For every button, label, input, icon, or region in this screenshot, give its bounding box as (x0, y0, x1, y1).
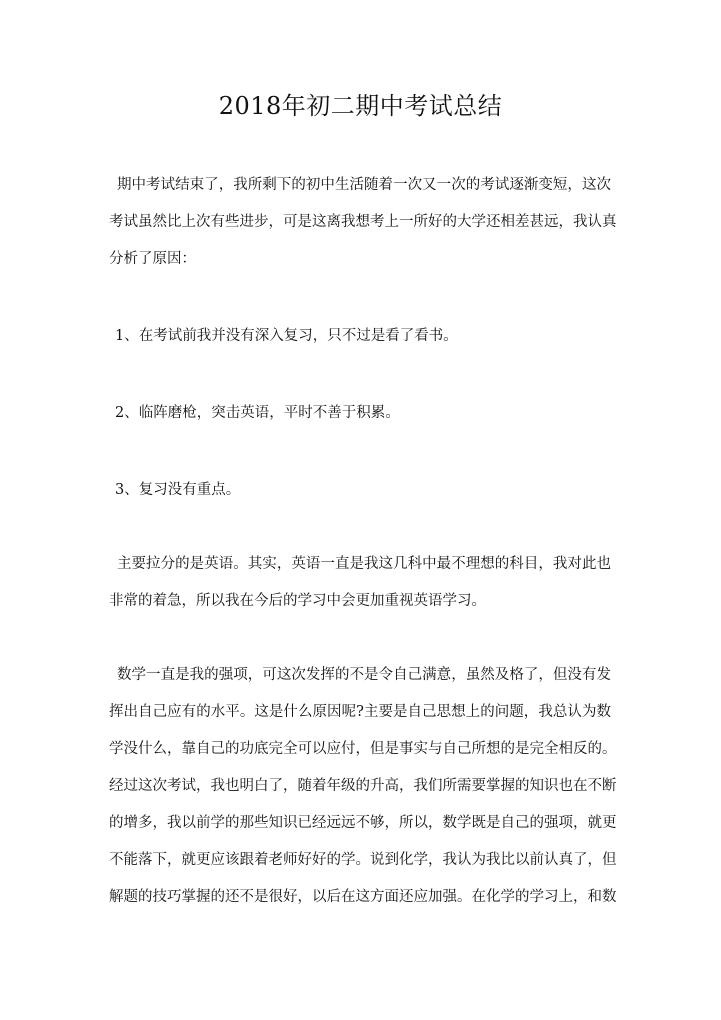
paragraph-reason-2: 2、临阵磨枪，突击英语，平时不善于积累。 (109, 400, 611, 437)
paragraph-english: 主要拉分的是英语。其实，英语一直是我这几科中最不理想的科目，我对此也 非常的着急… (109, 551, 611, 625)
text-line: 解题的技巧掌握的还不是很好，以后在这方面还应加强。在化学的学习上，和数 (109, 884, 611, 921)
document-title: 2018年初二期中考试总结 (0, 90, 721, 122)
text-line: 经过这次考试，我也明白了，随着年级的升高，我们所需要掌握的知识也在不断 (109, 773, 611, 810)
text-line: 分析了原因： (109, 246, 611, 283)
text-line: 学没什么，靠自己的功底完全可以应付，但是事实与自己所想的是完全相反的。 (109, 736, 611, 773)
list-item: 2、临阵磨枪，突击英语，平时不善于积累。 (109, 400, 611, 437)
paragraph-spacer (109, 437, 611, 477)
paragraph-math: 数学一直是我的强项，可这次发挥的不是令自己满意，虽然及格了，但没有发 挥出自己应… (109, 662, 611, 921)
paragraph-reason-3: 3、复习没有重点。 (109, 477, 611, 514)
document-page: 2018年初二期中考试总结 期中考试结束了，我所剩下的初中生活随着一次又一次的考… (0, 0, 721, 1020)
text-line: 不能落下，就更应该跟着老师好好的学。说到化学，我认为我比以前认真了，但 (109, 847, 611, 884)
text-line: 非常的着急，所以我在今后的学习中会更加重视英语学习。 (109, 588, 611, 625)
text-line: 的增多，我以前学的那些知识已经远远不够，所以，数学既是自己的强项，就更 (109, 810, 611, 847)
list-item: 1、在考试前我并没有深入复习，只不过是看了看书。 (109, 323, 611, 360)
paragraph-spacer (109, 625, 611, 662)
paragraph-spacer (109, 283, 611, 323)
text-line: 期中考试结束了，我所剩下的初中生活随着一次又一次的考试逐渐变短，这次 (109, 172, 611, 209)
paragraph-intro: 期中考试结束了，我所剩下的初中生活随着一次又一次的考试逐渐变短，这次 考试虽然比… (109, 172, 611, 283)
document-body: 期中考试结束了，我所剩下的初中生活随着一次又一次的考试逐渐变短，这次 考试虽然比… (109, 172, 611, 921)
list-item: 3、复习没有重点。 (109, 477, 611, 514)
paragraph-reason-1: 1、在考试前我并没有深入复习，只不过是看了看书。 (109, 323, 611, 360)
text-line: 挥出自己应有的水平。这是什么原因呢?主要是自己思想上的问题，我总认为数 (109, 699, 611, 736)
paragraph-spacer (109, 514, 611, 551)
paragraph-spacer (109, 360, 611, 400)
text-line: 考试虽然比上次有些进步，可是这离我想考上一所好的大学还相差甚远，我认真 (109, 209, 611, 246)
text-line: 主要拉分的是英语。其实，英语一直是我这几科中最不理想的科目，我对此也 (109, 551, 611, 588)
text-line: 数学一直是我的强项，可这次发挥的不是令自己满意，虽然及格了，但没有发 (109, 662, 611, 699)
